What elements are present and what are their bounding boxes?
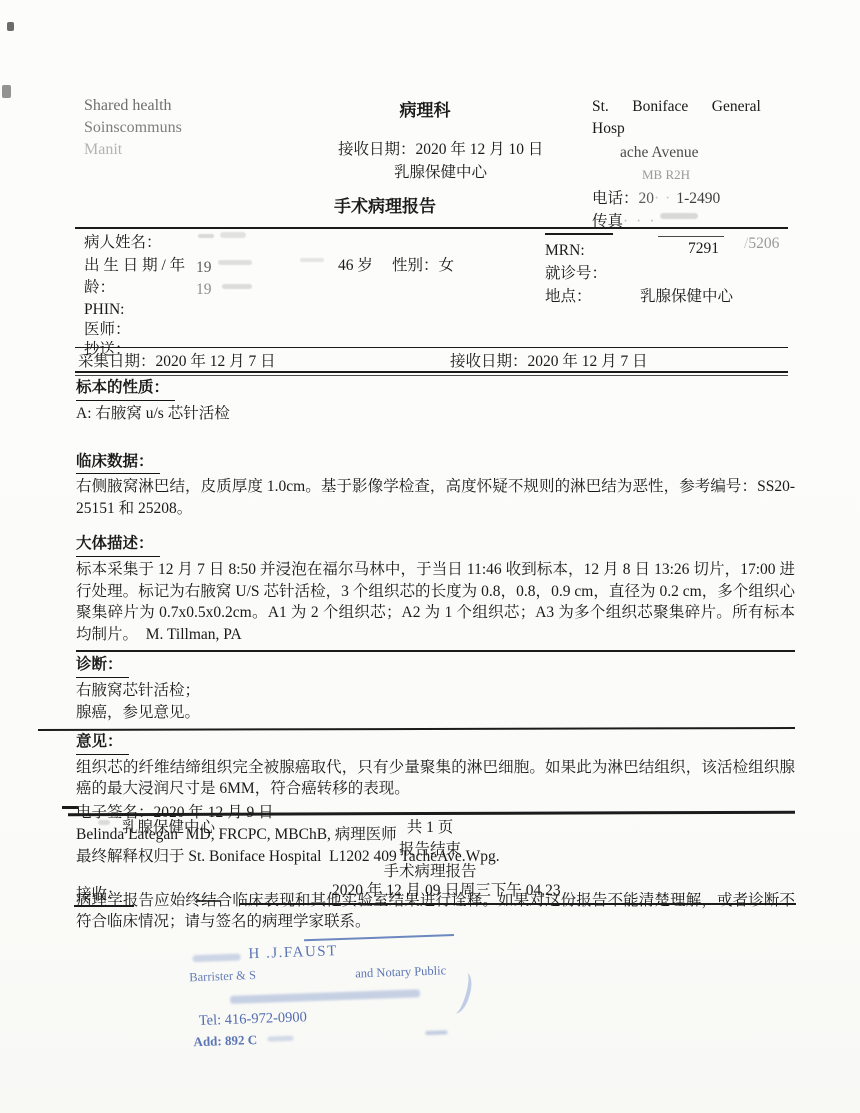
- opinion-heading: 意见：: [76, 731, 129, 755]
- stamp-overline: [304, 934, 454, 942]
- corner-code: /5206: [744, 233, 779, 254]
- footer-left-tick: [62, 806, 78, 809]
- phin-label: PHIN:: [84, 299, 124, 320]
- received-by-label: 接收：: [76, 884, 123, 905]
- clinical-heading: 临床数据：: [76, 451, 160, 475]
- header-center-name: 乳腺保健中心: [394, 162, 487, 183]
- redacted-dob: [218, 260, 252, 265]
- logo-line: Shared health: [84, 95, 182, 117]
- signature-line: [240, 903, 796, 905]
- dates-top-rule: [75, 347, 788, 348]
- location-label: 地点：: [545, 286, 592, 307]
- patient-gender: 性别：女: [392, 255, 454, 276]
- stamp-ink-fleck: [447, 970, 476, 1015]
- dob-partial: 19: [196, 257, 212, 278]
- hospital-address-block: St. Boniface General Hosp ache Avenue MB…: [592, 96, 779, 254]
- pathology-report-page: Shared health Soinscommuns Manit 病理科 接收日…: [0, 0, 860, 1113]
- collected-date: 采集日期：2020 年 12 月 7 日: [78, 351, 276, 372]
- redacted-dob: [300, 258, 324, 262]
- phone-label: 电话：: [592, 190, 639, 207]
- footer-received-datetime: 2020 年 12 月 09 日周三下午 04.23: [332, 880, 561, 901]
- stamp-role-left: Barrister & S: [189, 968, 256, 985]
- clinical-body: 右侧腋窝淋巴结，皮质厚度 1.0cm。基于影像学检查，高度怀疑不规则的淋巴结为恶…: [76, 476, 795, 520]
- visit-number-label: 就诊号：: [545, 263, 607, 284]
- header-received-date: 接收日期：2020 年 12 月 10 日: [338, 139, 543, 160]
- location-value: 乳腺保健中心: [640, 286, 733, 307]
- dob-label-2: 龄：: [84, 277, 115, 298]
- mrn-overline: [545, 233, 613, 235]
- gross-heading: 大体描述：: [76, 533, 160, 557]
- stamp-role-right: and Notary Public: [355, 963, 446, 981]
- dates-bottom-rule-2: [75, 375, 788, 376]
- dob-label: 出 生 日 期 / 年: [84, 255, 185, 276]
- hospital-city: MB R2H: [642, 164, 779, 185]
- faded-text-smear: [660, 213, 698, 219]
- logo-line: Manit: [84, 139, 182, 161]
- redacted-dob: [222, 284, 252, 289]
- mrn-value: 7291: [688, 238, 719, 259]
- opinion-body: 组织芯的纤维结缔组织完全被腺癌取代，只有少量聚集的淋巴细胞。如果此为淋巴结组织，…: [76, 757, 795, 801]
- stamp-faded-text: [267, 1036, 293, 1042]
- gross-body: 标本采集于 12 月 7 日 8:50 并浸泡在福尔马林中，于当日 11:46 …: [76, 559, 795, 646]
- patient-age: 46 岁: [338, 255, 373, 276]
- stamp-faded-dots: [425, 1030, 447, 1035]
- specimen-heading: 标本的性质：: [76, 377, 175, 401]
- scan-artifact: [7, 22, 14, 31]
- report-title: 手术病理报告: [334, 192, 436, 217]
- shared-health-logo: Shared health Soinscommuns Manit: [84, 95, 182, 161]
- dob-partial-2: 19: [196, 279, 212, 300]
- redacted-name: [198, 234, 214, 238]
- footer-end-of-report: 报告结束: [300, 839, 560, 860]
- footer-page-count: 共 1 页: [300, 817, 560, 838]
- stamp-address: Add: 892 C: [193, 1032, 257, 1050]
- received-date: 接收日期：2020 年 12 月 7 日: [450, 351, 648, 372]
- diagnosis-line: 腺癌，参见意见。: [76, 702, 795, 724]
- stamp-faded-line: [230, 989, 420, 1004]
- redacted-name: [220, 232, 246, 238]
- hospital-phone: 电话：20··1-2490: [592, 188, 779, 209]
- footer-center-name: 乳腺保健中心: [122, 817, 215, 838]
- section-rule: [76, 650, 795, 652]
- hospital-street: ache Avenue: [620, 142, 779, 163]
- signature-dash: [196, 900, 220, 902]
- stamp-faded-text: [193, 954, 241, 963]
- department-title: 病理科: [330, 96, 520, 121]
- mrn-label: MRN:: [545, 240, 585, 261]
- received-label-underline: [74, 905, 134, 907]
- faded-mark: [98, 820, 110, 825]
- hospital-name: St. Boniface General: [592, 96, 779, 117]
- physician-label: 医师：: [84, 319, 131, 340]
- stamp-tel: Tel: 416-972-0900: [199, 1009, 308, 1030]
- diagnosis-heading: 诊断：: [76, 654, 129, 678]
- diagnosis-line: 右腋窝芯针活检；: [76, 680, 795, 702]
- patient-name-label: 病人姓名：: [84, 232, 162, 253]
- table-top-rule: [75, 227, 788, 229]
- stamp-name: H .J.FAUST: [248, 943, 338, 963]
- scan-artifact: [2, 85, 11, 98]
- dates-bottom-rule: [75, 371, 788, 373]
- notary-stamp: H .J.FAUST Barrister & S and Notary Publ…: [186, 933, 496, 944]
- specimen-body: A: 右腋窝 u/s 芯针活检: [76, 403, 795, 425]
- footer-report-title: 手术病理报告: [300, 861, 560, 882]
- logo-line: Soinscommuns: [84, 117, 182, 139]
- hospital-name-2: Hosp: [592, 118, 779, 139]
